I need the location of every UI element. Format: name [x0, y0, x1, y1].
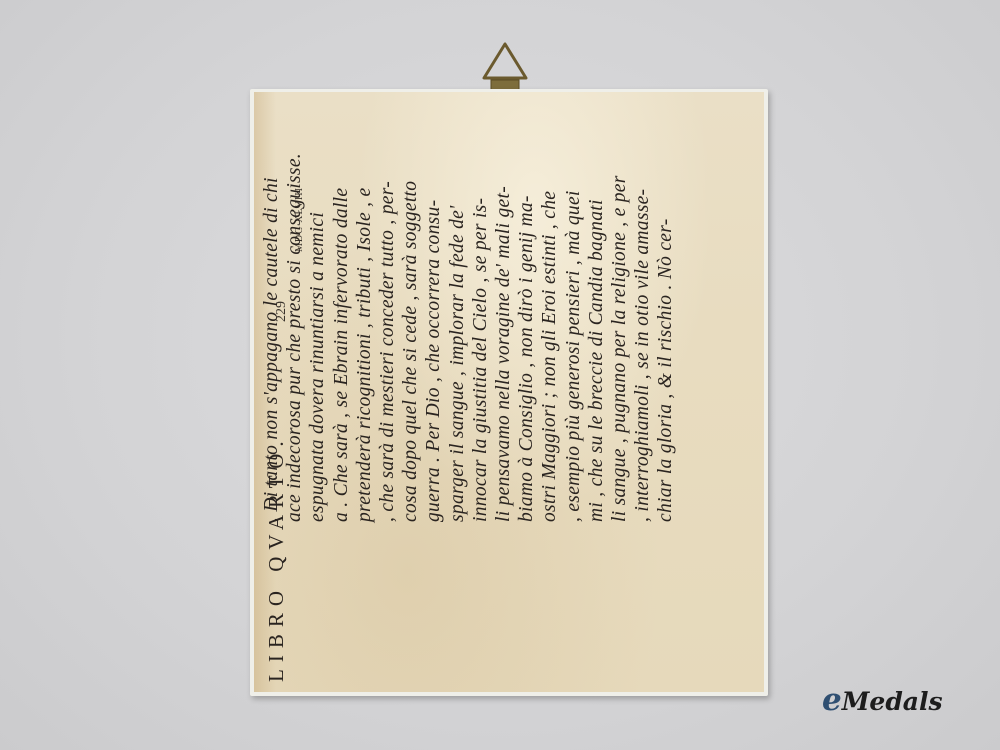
text-line: pretenderà ricognitioni , tributi , Isol… [353, 92, 376, 522]
text-line: innocar la giustitia del Cielo , se per … [469, 92, 492, 522]
text-line: . Di tanto non s'appagano le cautele di … [260, 92, 283, 522]
text-line: , interroghiamoli , se in otio vile amas… [631, 92, 654, 522]
text-line: mi , che su le breccie di Candia bagnati [585, 92, 608, 522]
text-line: sparger il sangue , implorar la fede de' [446, 92, 469, 522]
text-line: chiar la gloria , & il rischio . Nò cer- [654, 92, 677, 522]
brass-hanger-icon [470, 40, 540, 95]
text-line: ace indecorosa pur che presto si consegu… [283, 92, 306, 522]
text-line: espugnata dovera rinuntiarsi a nemici [306, 92, 329, 522]
text-line: , esempio più generosi pensieri , mà que… [562, 92, 585, 522]
text-lines: . Di tanto non s'appagano le cautele di … [260, 92, 678, 522]
rotated-text-block: LIBRO QVARTO. 229 MDC XLVIII . Di tanto … [254, 92, 764, 692]
text-line: li sangue , pugnano per la religione , e… [608, 92, 631, 522]
text-line: ostri Maggiori ; non gli Eroi estinti , … [538, 92, 561, 522]
emedals-logo: eMedals [822, 682, 943, 718]
text-line: a . Che sarà , se Ebrain infervorato dal… [330, 92, 353, 522]
text-line: guerra . Per Dio , che occorrera consu- [422, 92, 445, 522]
text-line: biamo à Consiglio , non dirò i genij ma- [515, 92, 538, 522]
logo-text: Medals [842, 687, 943, 716]
text-line: , che sarà di mestieri conceder tutto , … [376, 92, 399, 522]
printed-page: LIBRO QVARTO. 229 MDC XLVIII . Di tanto … [254, 92, 764, 692]
text-line: li pensavamo nella voragine de' mali get… [492, 92, 515, 522]
text-line: cosa dopo quel che si cede , sarà sogget… [399, 92, 422, 522]
logo-e: e [822, 682, 842, 718]
